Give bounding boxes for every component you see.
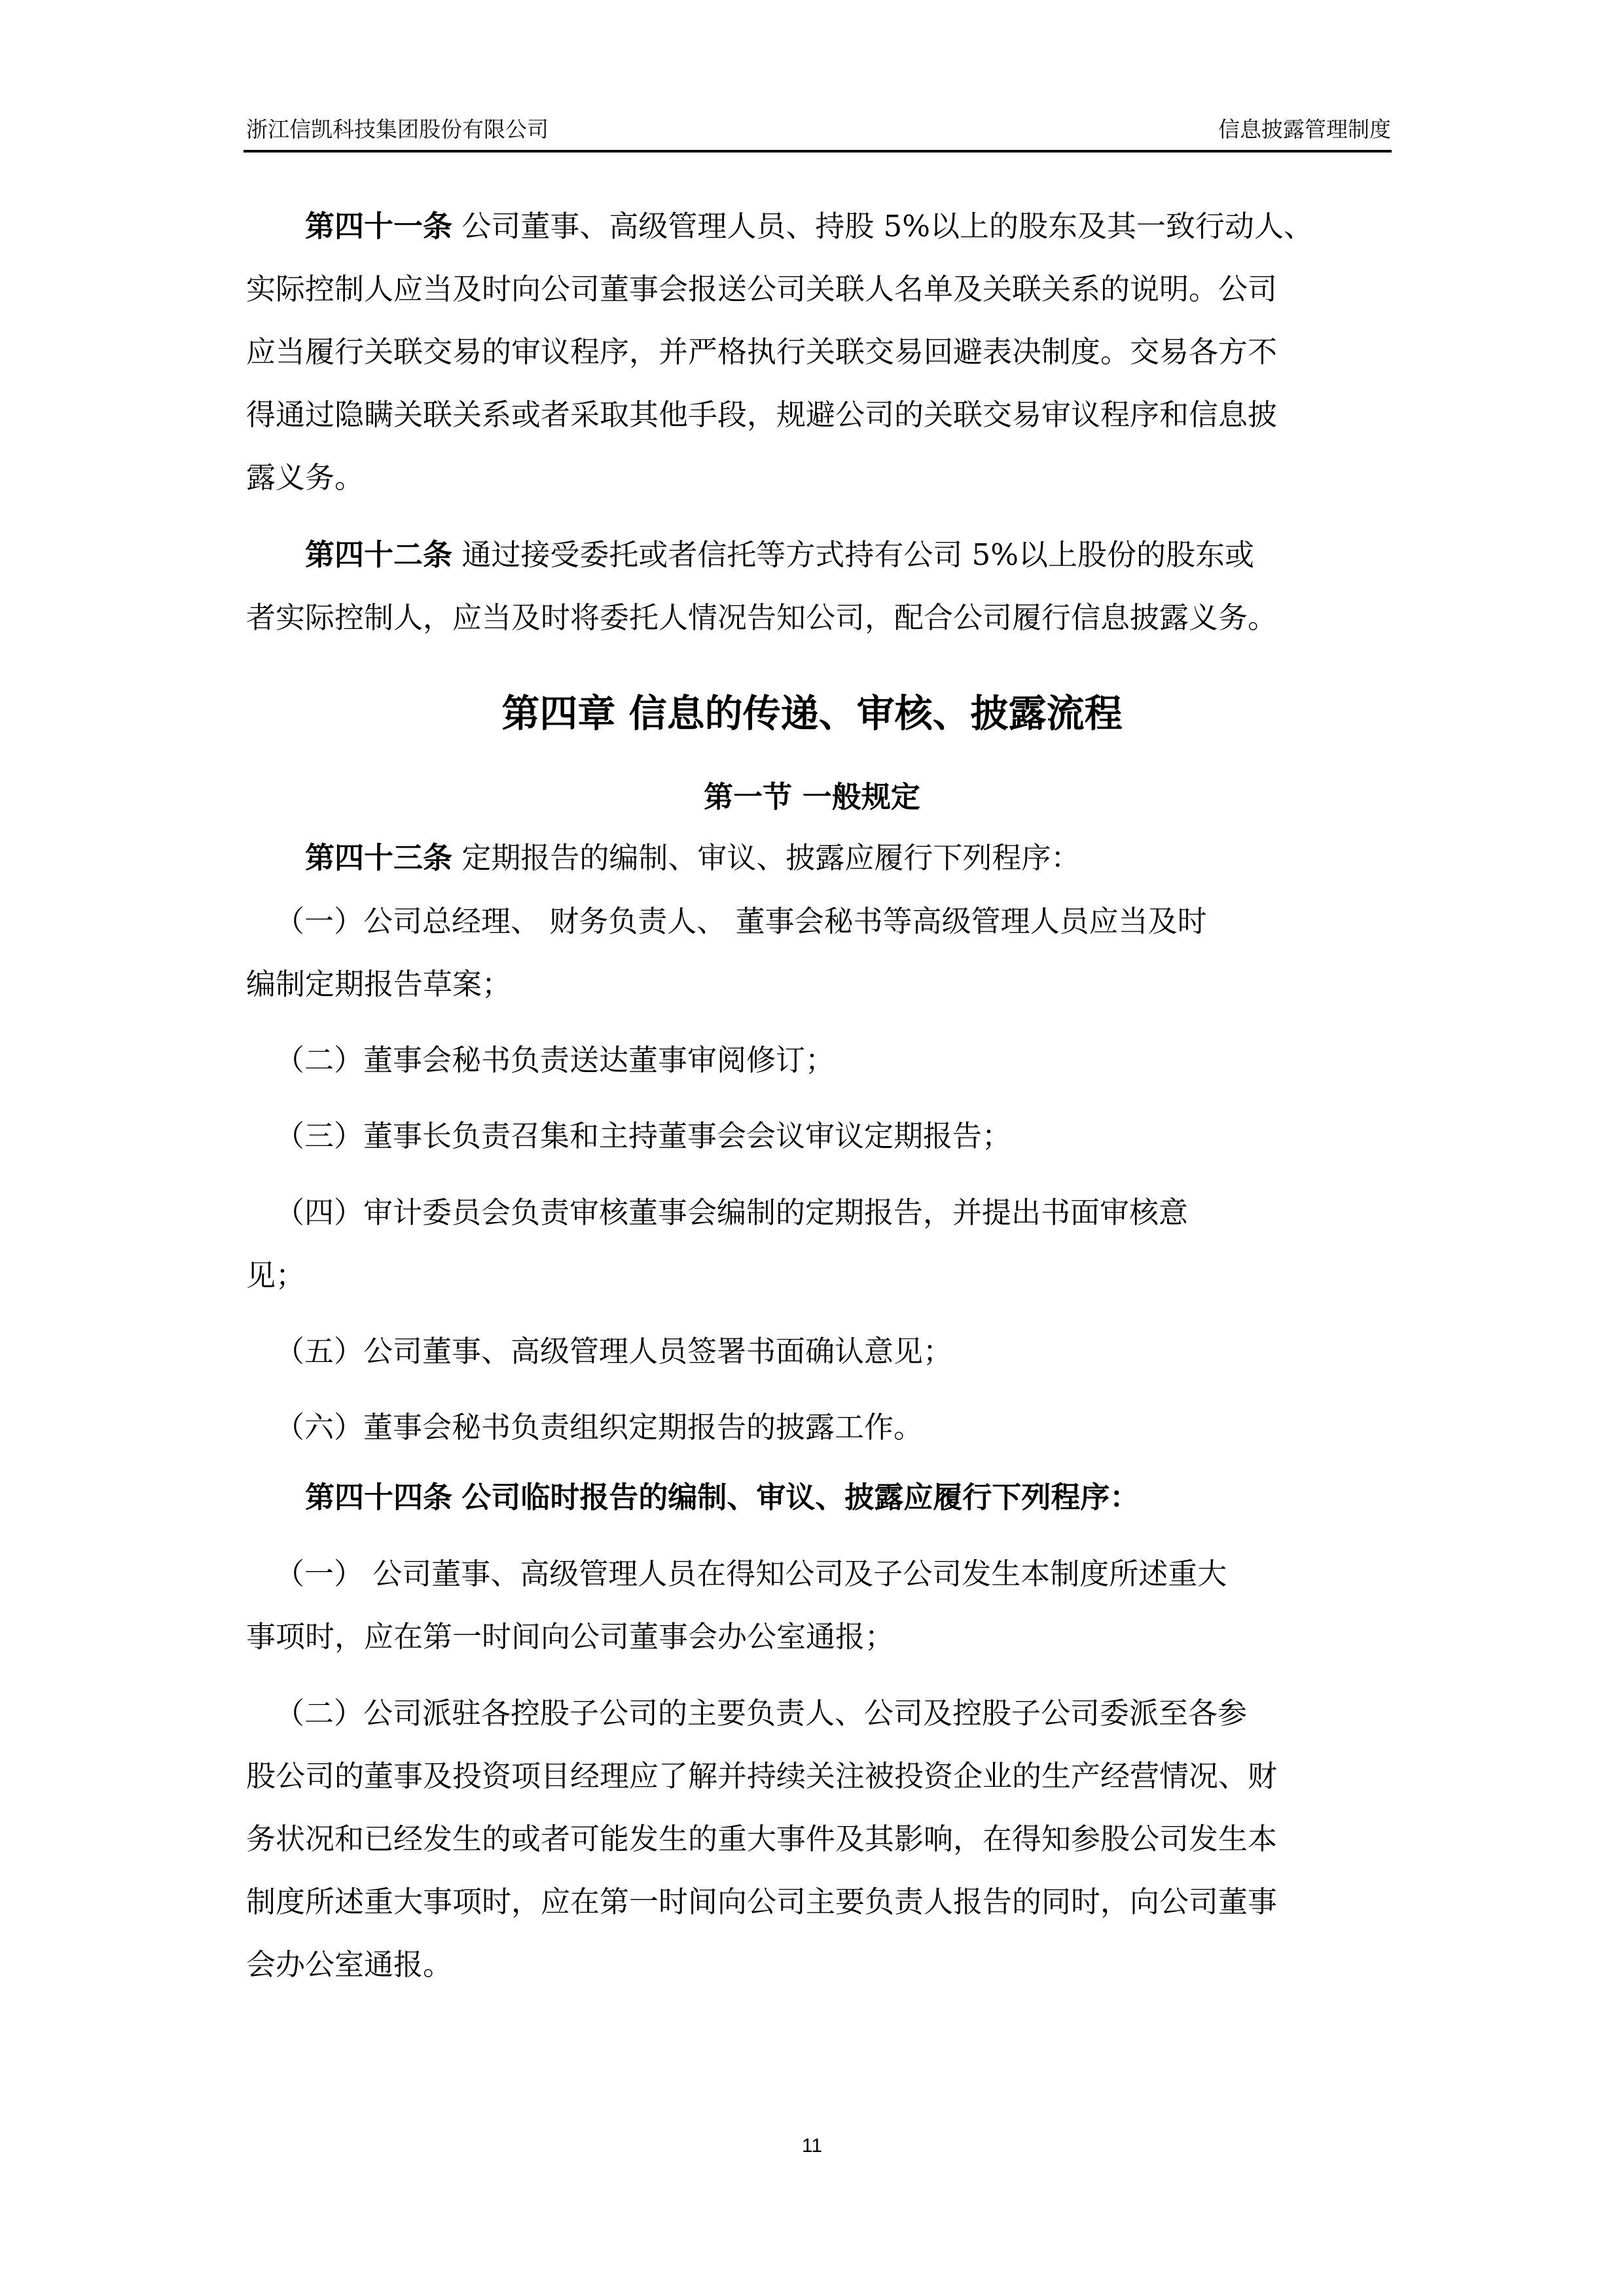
article-43-item: （三）董事长负责召集和主持董事会会议审议定期报告； [275, 1118, 1420, 1155]
header-company-name: 浙江信凯科技集团股份有限公司 [246, 117, 549, 143]
article-44-label: 第四十四条 [305, 1480, 452, 1515]
article-44-item: （一） 公司董事、高级管理人员在得知公司及子公司发生本制度所述重大 [275, 1556, 1420, 1592]
article-43-item: （一）公司总经理、 财务负责人、 董事会秘书等高级管理人员应当及时 [275, 903, 1420, 940]
header-document-title: 信息披露管理制度 [1218, 117, 1391, 143]
article-42-line: 通过接受委托或者信托等方式持有公司 5%以上股份的股东或 [461, 537, 1254, 572]
chapter-heading: 第四章 信息的传递、审核、披露流程 [0, 691, 1624, 736]
article-41-label: 第四十一条 [305, 209, 452, 243]
article-43-item: （五）公司董事、高级管理人员签署书面确认意见； [275, 1333, 1420, 1370]
article-43-item: （六）董事会秘书负责组织定期报告的披露工作。 [275, 1409, 1420, 1446]
article-44-item: 事项时，应在第一时间向公司董事会办公室通报； [246, 1619, 1392, 1655]
article-43-item: （四）审计委员会负责审核董事会编制的定期报告，并提出书面审核意 [275, 1194, 1420, 1231]
article-44-item: 股公司的董事及投资项目经理应了解并持续关注被投资企业的生产经营情况、财 [246, 1758, 1392, 1795]
article-42-line: 者实际控制人，应当及时将委托人情况告知公司，配合公司履行信息披露义务。 [246, 600, 1392, 636]
article-43-item: 编制定期报告草案； [246, 966, 1392, 1003]
article-44-intro: 公司临时报告的编制、审议、披露应履行下列程序： [461, 1480, 1139, 1515]
article-43-label: 第四十三条 [305, 840, 452, 875]
article-44-item: 会办公室通报。 [246, 1946, 1392, 1983]
article-44-item: 务状况和已经发生的或者可能发生的重大事件及其影响，在得知参股公司发生本 [246, 1821, 1392, 1857]
section-heading: 第一节 一般规定 [0, 779, 1624, 816]
article-44-item: （二）公司派驻各控股子公司的主要负责人、公司及控股子公司委派至各参 [275, 1695, 1420, 1732]
article-44-item: 制度所述重大事项时，应在第一时间向公司主要负责人报告的同时，向公司董事 [246, 1884, 1392, 1920]
article-41-line: 公司董事、高级管理人员、持股 5%以上的股东及其一致行动人、 [461, 209, 1313, 243]
article-43-item: （二）董事会秘书负责送达董事审阅修订； [275, 1042, 1420, 1079]
article-43-item: 见； [246, 1257, 1392, 1294]
article-41-line: 应当履行关联交易的审议程序，并严格执行关联交易回避表决制度。交易各方不 [246, 334, 1392, 370]
page-number: 11 [0, 2135, 1624, 2157]
article-43-intro: 定期报告的编制、审议、披露应履行下列程序： [461, 840, 1080, 875]
article-41-line: 得通过隐瞒关联关系或者采取其他手段，规避公司的关联交易审议程序和信息披 [246, 397, 1392, 433]
article-42-label: 第四十二条 [305, 537, 452, 572]
article-41-line: 实际控制人应当及时向公司董事会报送公司关联人名单及关联关系的说明。公司 [246, 271, 1392, 308]
article-41-line: 露义务。 [246, 459, 1392, 496]
header-divider [244, 150, 1392, 152]
